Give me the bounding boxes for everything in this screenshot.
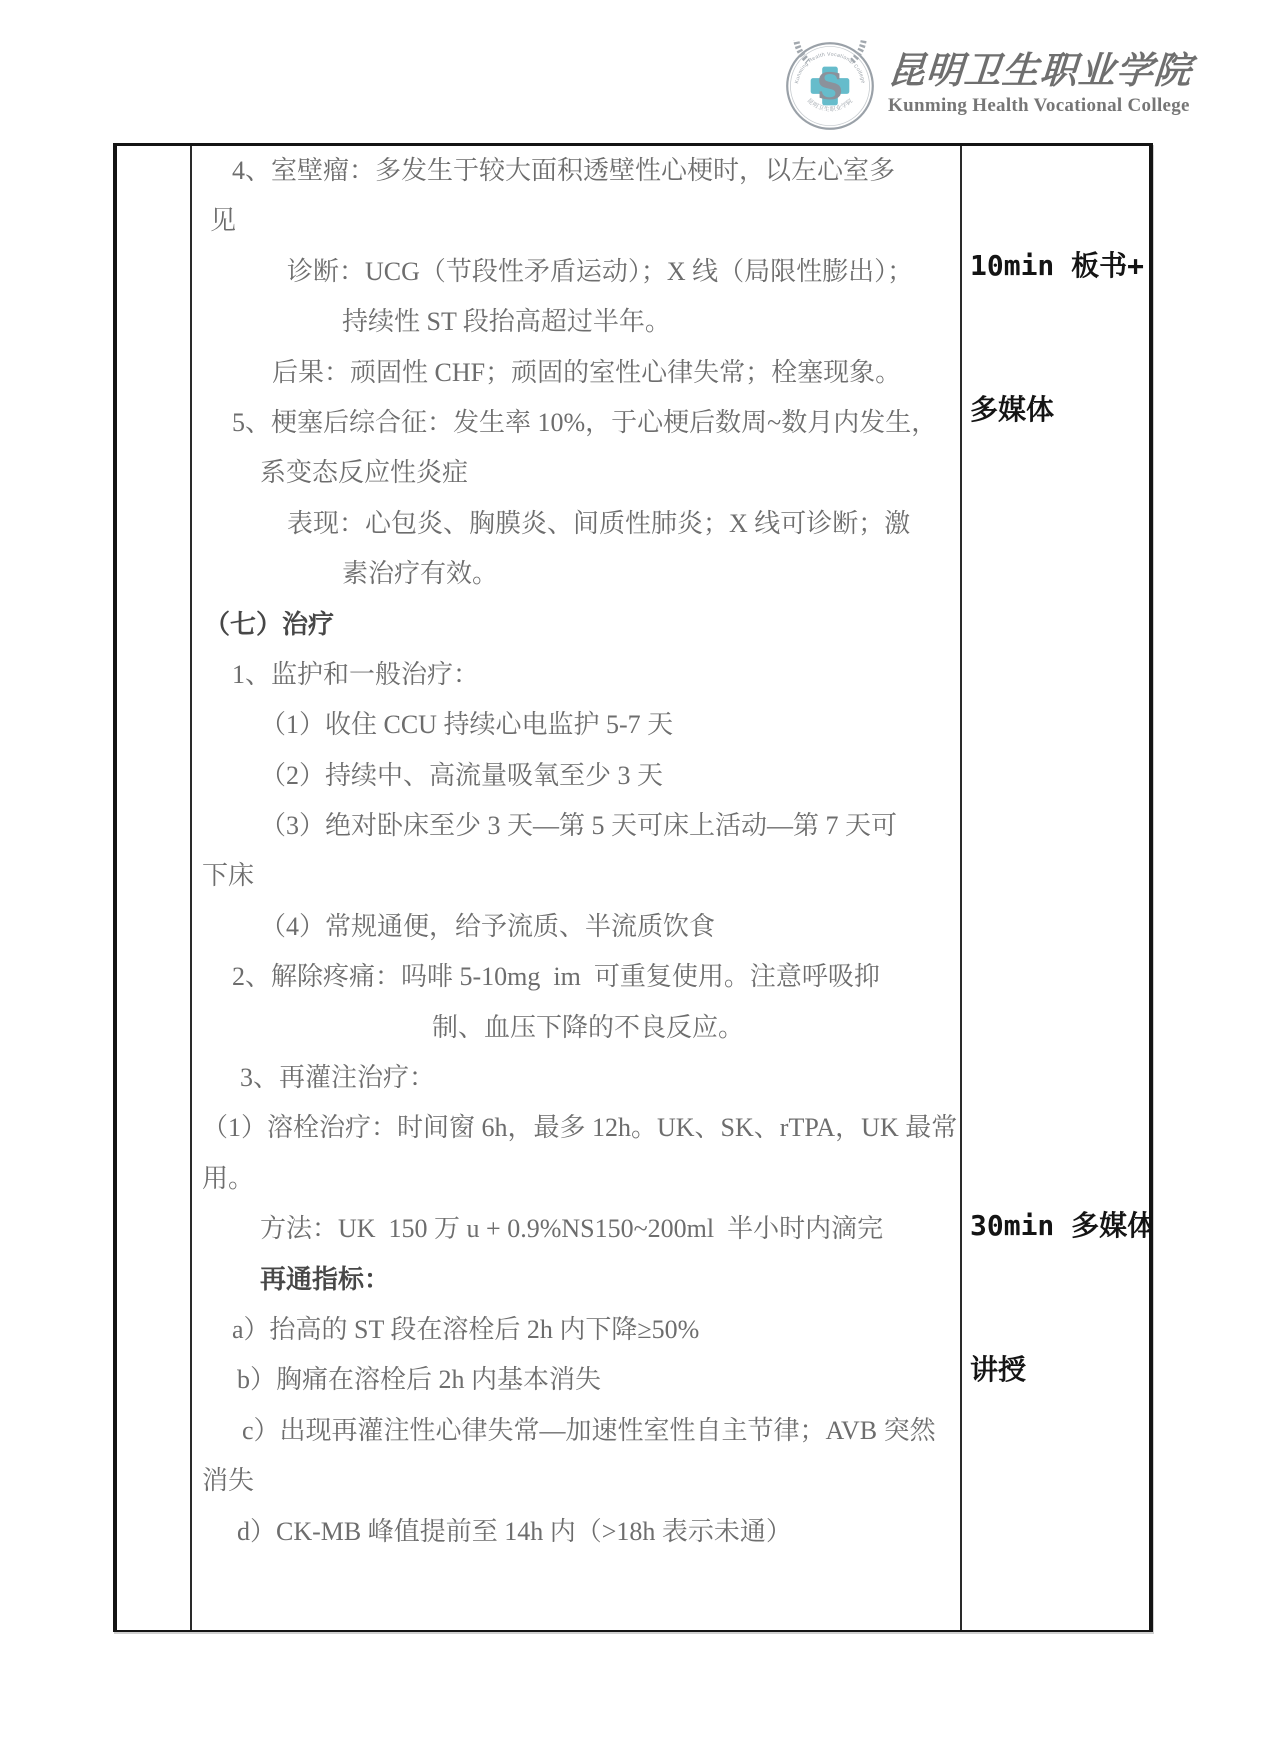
table-time-method-column: 10min 板书+ 多媒体 30min 多媒体 讲授 bbox=[962, 146, 1149, 1630]
content-line: 3、再灌注治疗： bbox=[202, 1053, 960, 1103]
content-line: 见 bbox=[202, 196, 960, 246]
content-line: 系变态反应性炎症 bbox=[202, 448, 960, 498]
content-line: 持续性 ST 段抬高超过半年。 bbox=[202, 297, 960, 347]
time-method-note-1: 10min 板书+ 多媒体 bbox=[970, 146, 1145, 530]
content-line: 诊断：UCG（节段性矛盾运动）；X 线（局限性膨出）； bbox=[202, 247, 960, 297]
time-method-note-line: 多媒体 bbox=[970, 386, 1145, 434]
content-line: b）胸痛在溶栓后 2h 内基本消失 bbox=[202, 1355, 960, 1405]
content-line: 1、监护和一般治疗： bbox=[202, 650, 960, 700]
content-line: 后果：顽固性 CHF；顽固的室性心律失常；栓塞现象。 bbox=[202, 348, 960, 398]
content-line: d）CK-MB 峰值提前至 14h 内（>18h 表示未通） bbox=[202, 1507, 960, 1557]
content-line: c）出现再灌注性心律失常—加速性室性自主节律；AVB 突然 bbox=[202, 1406, 960, 1456]
time-method-note-line: 30min 多媒体 bbox=[970, 1202, 1149, 1250]
college-name-calligraphy: 昆明卫生职业学院 bbox=[886, 48, 1193, 92]
college-name-english: Kunming Health Vocational College bbox=[888, 94, 1192, 118]
content-line: （七）治疗 bbox=[202, 600, 960, 650]
content-line: 4、室壁瘤：多发生于较大面积透壁性心梗时，以左心室多 bbox=[202, 146, 960, 196]
time-method-note-2: 30min 多媒体 讲授 bbox=[970, 1106, 1149, 1490]
table-content-column: 4、室壁瘤：多发生于较大面积透壁性心梗时，以左心室多见诊断：UCG（节段性矛盾运… bbox=[192, 146, 962, 1630]
time-method-note-line: 讲授 bbox=[970, 1346, 1149, 1394]
content-line: （4）常规通便，给予流质、半流质饮食 bbox=[202, 902, 960, 952]
svg-text:S: S bbox=[817, 64, 844, 108]
content-line: 下床 bbox=[202, 851, 960, 901]
college-seal-icon: S Kunming Health Vocational College 昆明卫生… bbox=[784, 40, 876, 132]
content-line: 素治疗有效。 bbox=[202, 549, 960, 599]
content-line: a）抬高的 ST 段在溶栓后 2h 内下降≥50% bbox=[202, 1305, 960, 1355]
table-left-empty-column bbox=[117, 146, 192, 1630]
content-line: （3）绝对卧床至少 3 天—第 5 天可床上活动—第 7 天可 bbox=[202, 801, 960, 851]
content-line: 方法：UK 150 万 u + 0.9%NS150~200ml 半小时内滴完 bbox=[202, 1204, 960, 1254]
content-line: （1）溶栓治疗：时间窗 6h，最多 12h。UK、SK、rTPA，UK 最常 bbox=[202, 1103, 960, 1153]
content-line: （1）收住 CCU 持续心电监护 5-7 天 bbox=[202, 700, 960, 750]
content-line: 2、解除疼痛：吗啡 5-10mg im 可重复使用。注意呼吸抑 bbox=[202, 952, 960, 1002]
college-logo: S Kunming Health Vocational College 昆明卫生… bbox=[784, 40, 1184, 132]
time-method-note-line: 10min 板书+ bbox=[970, 242, 1145, 290]
content-line: 表现：心包炎、胸膜炎、间质性肺炎；X 线可诊断；激 bbox=[202, 499, 960, 549]
content-line: 消失 bbox=[202, 1456, 960, 1506]
content-line: 再通指标： bbox=[202, 1255, 960, 1305]
document-page: S Kunming Health Vocational College 昆明卫生… bbox=[0, 0, 1271, 1763]
college-name-block: 昆明卫生职业学院 Kunming Health Vocational Colle… bbox=[888, 40, 1192, 118]
content-line: 用。 bbox=[202, 1154, 960, 1204]
content-line: （2）持续中、高流量吸氧至少 3 天 bbox=[202, 751, 960, 801]
content-line: 制、血压下降的不良反应。 bbox=[202, 1003, 960, 1053]
lesson-plan-table: 4、室壁瘤：多发生于较大面积透壁性心梗时，以左心室多见诊断：UCG（节段性矛盾运… bbox=[113, 143, 1153, 1632]
content-line: 5、梗塞后综合征：发生率 10%，于心梗后数周~数月内发生， bbox=[202, 398, 960, 448]
